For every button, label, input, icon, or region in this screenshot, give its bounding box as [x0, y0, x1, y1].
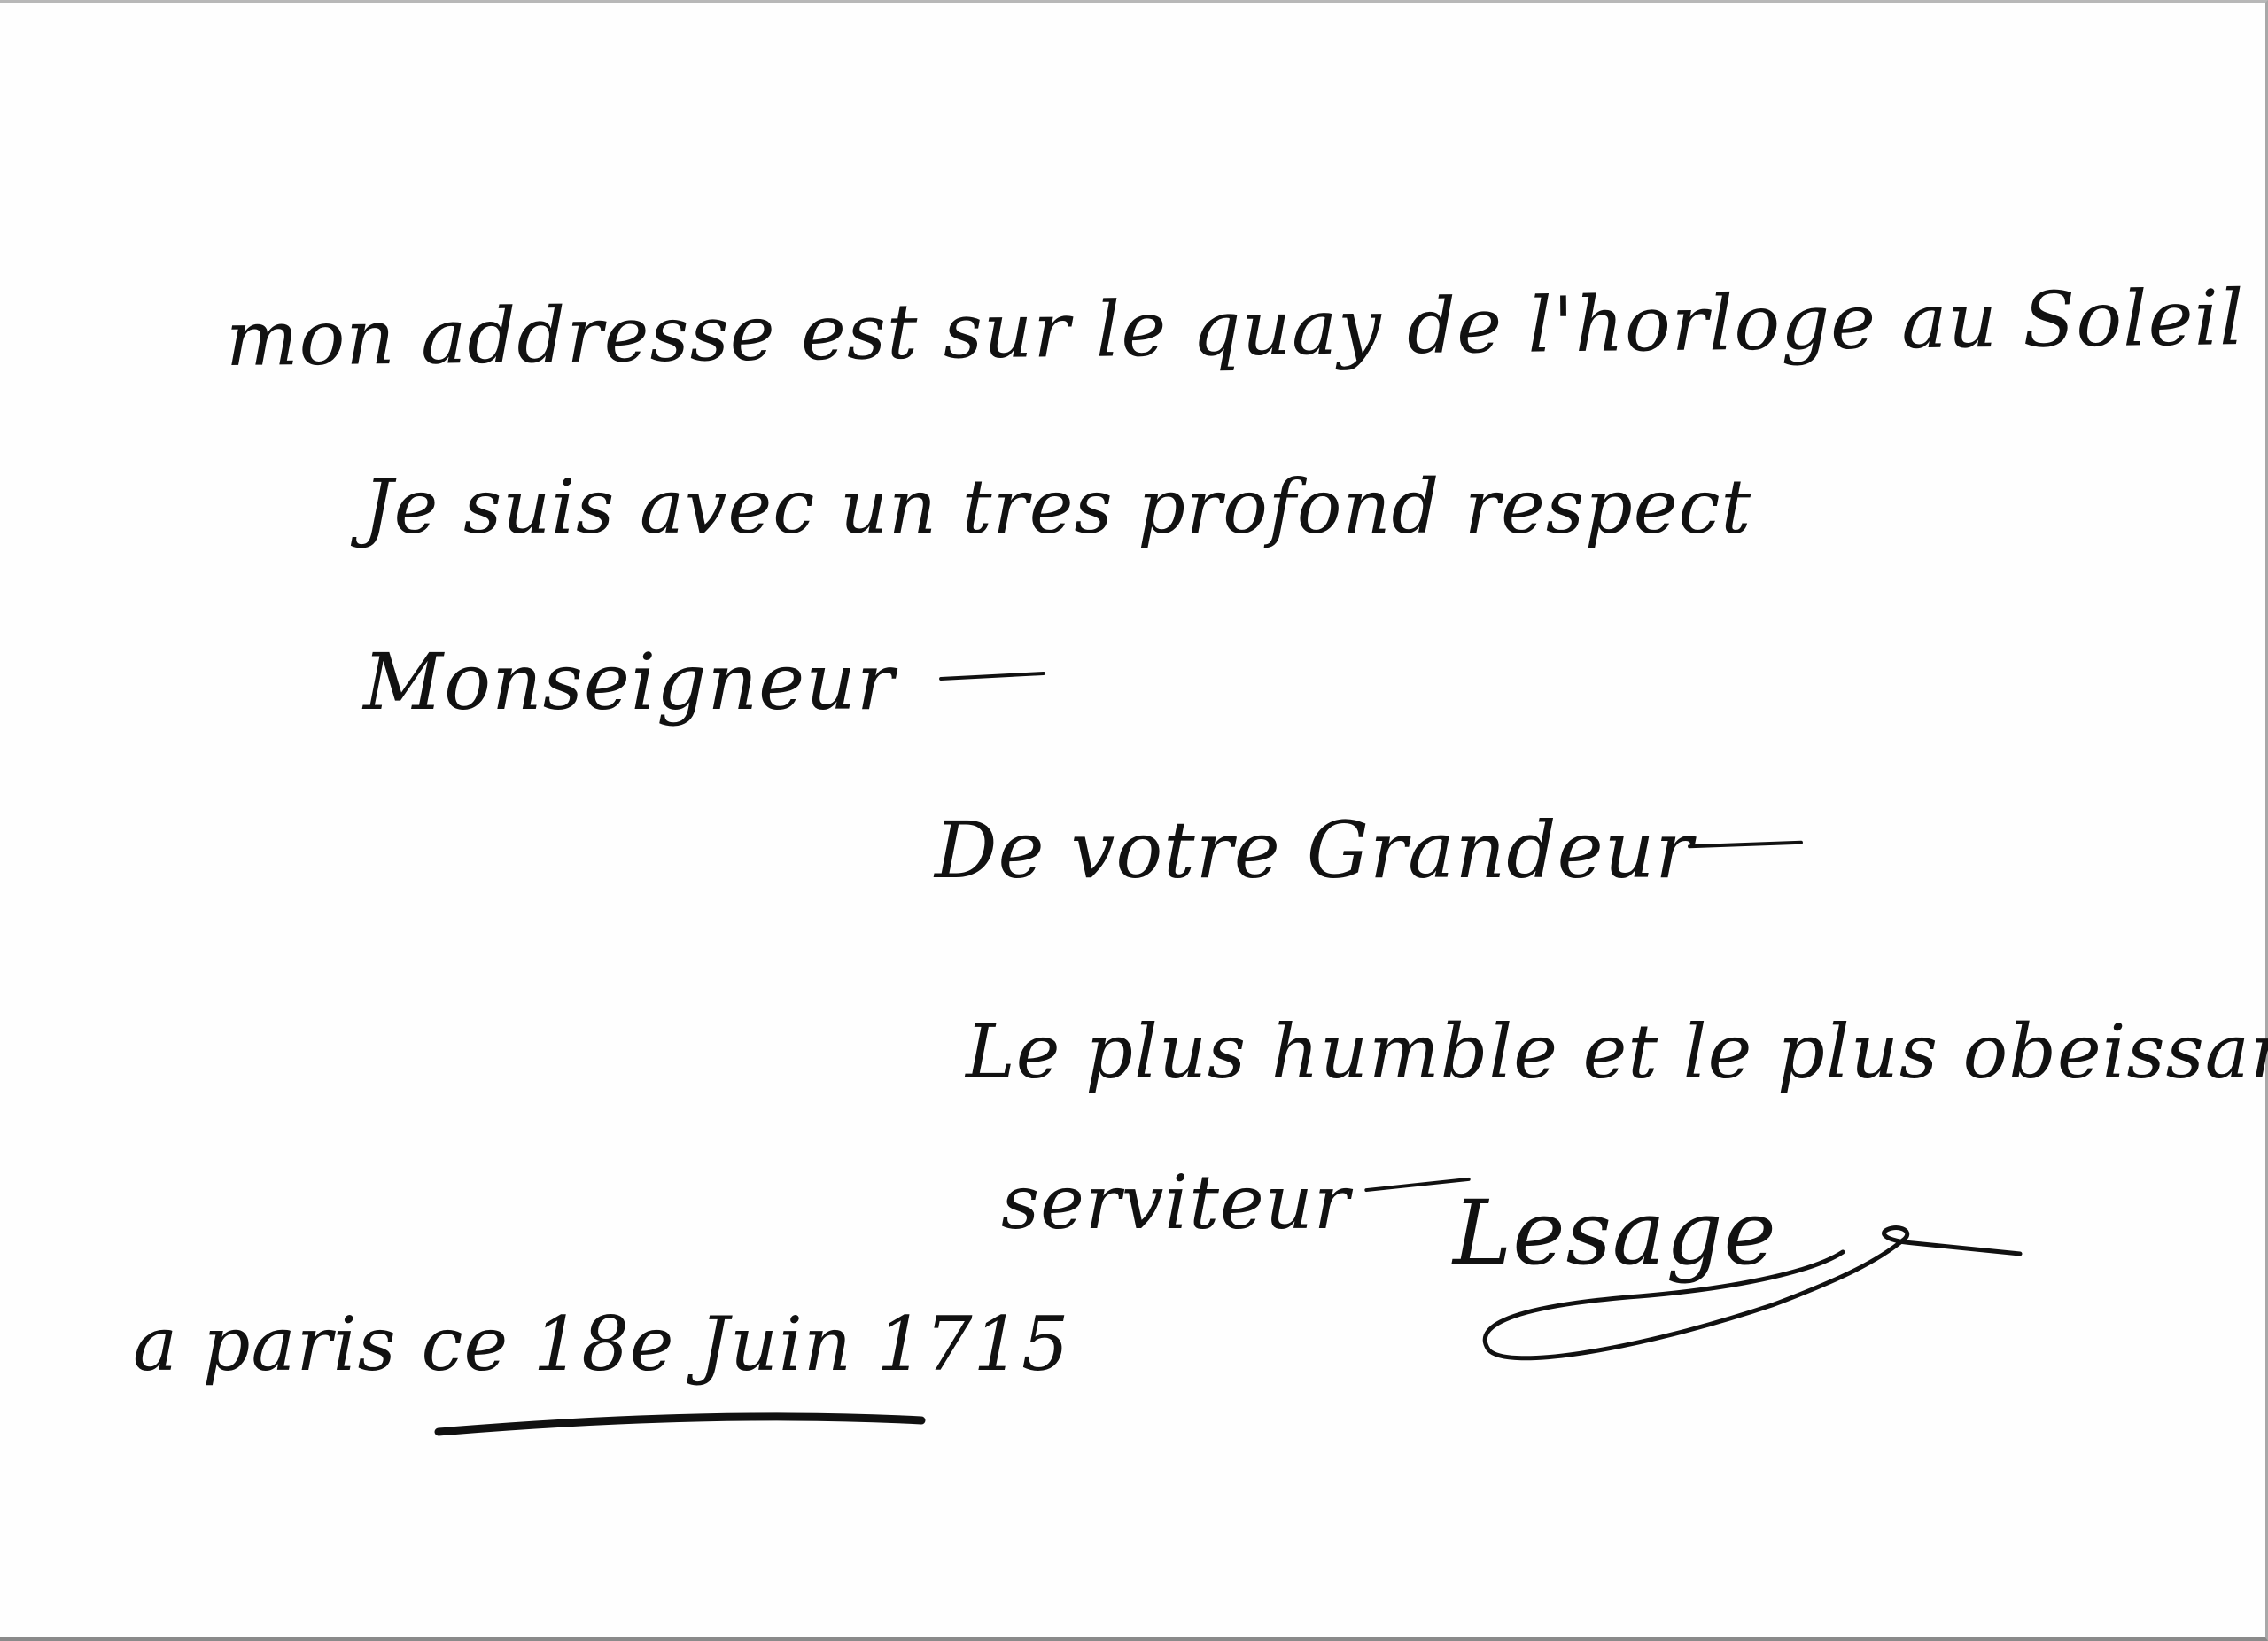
signature-flourish: [0, 3, 2268, 1641]
dateline: a paris ce 18e Juin 1715: [133, 1301, 1069, 1388]
date-underline: [439, 1417, 921, 1432]
letter-page: mon addresse est sur le quay de l'horlog…: [0, 0, 2268, 1641]
